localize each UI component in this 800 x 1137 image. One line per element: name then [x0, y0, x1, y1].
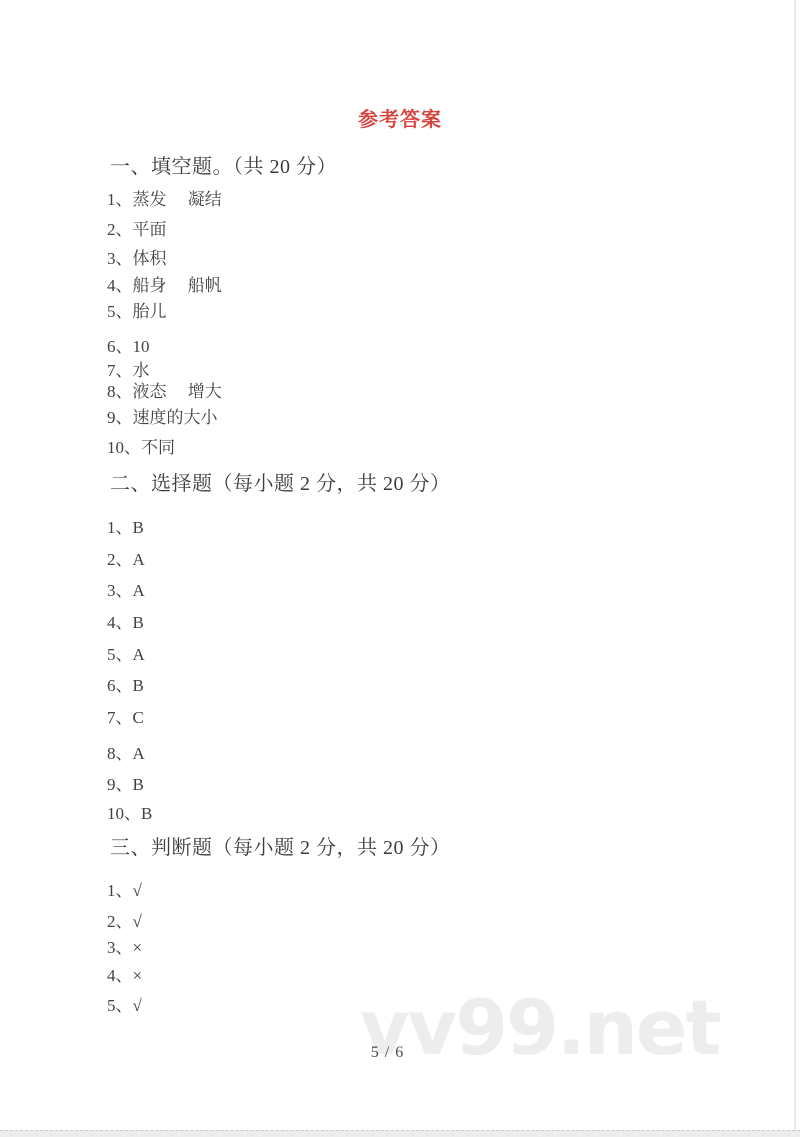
answer-line: 10、B — [107, 799, 152, 824]
answer-line: 1、蒸发 凝结 — [107, 185, 222, 210]
page-title: 参考答案 — [0, 103, 800, 132]
answer-line: 10、不同 — [107, 433, 175, 458]
answer-line: 9、速度的大小 — [107, 403, 218, 428]
answer-line: 2、平面 — [107, 215, 167, 240]
answer-line: 4、B — [107, 608, 144, 633]
section-heading-multiple-choice: 二、选择题（每小题 2 分，共 20 分） — [110, 467, 451, 496]
section-heading-fill-in-the-blanks: 一、填空题。（共 20 分） — [110, 150, 337, 179]
answer-line: 4、船身 船帆 — [107, 271, 222, 296]
answer-line: 3、体积 — [107, 244, 167, 269]
answer-line: 9、B — [107, 770, 144, 795]
page-number: 5 / 6 — [0, 1044, 775, 1062]
page-right-edge-line — [794, 0, 796, 1137]
answer-line: 5、√ — [107, 991, 142, 1016]
answer-line: 8、液态 增大 — [107, 377, 222, 402]
answer-line: 2、A — [107, 545, 145, 570]
answer-line: 6、B — [107, 671, 144, 696]
answer-line: 1、B — [107, 513, 144, 538]
page-bottom-edge — [0, 1130, 800, 1137]
answer-line: 2、√ — [107, 907, 142, 932]
answer-line: 3、× — [107, 933, 142, 958]
answer-line: 5、A — [107, 640, 145, 665]
answer-line: 7、C — [107, 703, 144, 728]
answer-line: 5、胎儿 — [107, 297, 167, 322]
answer-line: 4、× — [107, 961, 142, 986]
answer-line: 1、√ — [107, 876, 142, 901]
answer-line: 3、A — [107, 576, 145, 601]
answer-line: 8、A — [107, 739, 145, 764]
section-heading-true-false: 三、判断题（每小题 2 分，共 20 分） — [110, 831, 451, 860]
document-page: 参考答案 一、填空题。（共 20 分） 1、蒸发 凝结 2、平面 3、体积 4、… — [0, 0, 800, 1137]
answer-line: 6、10 — [107, 332, 150, 357]
